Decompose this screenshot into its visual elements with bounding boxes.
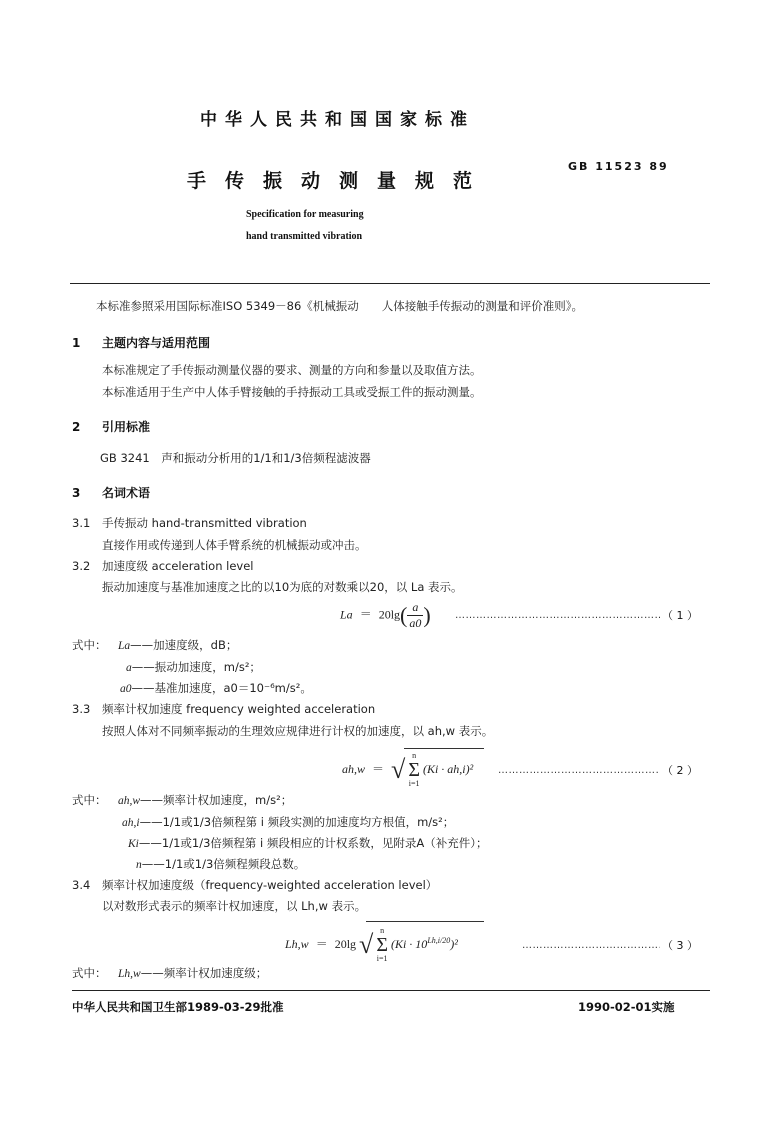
subsection-3-2-heading: 3.2加速度级 acceleration level — [72, 558, 254, 574]
variable-definition: Lh,w——频率计权加速度级； — [118, 965, 267, 981]
term: 手传振动 hand-transmitted vibration — [102, 516, 307, 530]
variable-description: 1/1或1/3倍频程第 i 频段实测的加速度均方根值，m/s²； — [163, 815, 455, 829]
formula-exponent: Lh,i/20 — [427, 936, 450, 945]
variable-definition: n——1/1或1/3倍频程频段总数。 — [136, 856, 305, 872]
header-divider — [70, 283, 710, 284]
variable-definition: a0——基准加速度，a0＝10⁻⁶m/s²。 — [120, 680, 312, 696]
equals-sign: ＝ — [316, 937, 328, 951]
equals-sign: ＝ — [372, 762, 384, 776]
leader-dots: …………………………………………………………………………………… — [498, 765, 660, 776]
formula-3: Lh,w ＝ 20lg √ n Σ i=1 (Ki · 10Lh,i/20)² — [285, 927, 458, 963]
dash: —— — [142, 857, 165, 871]
section-number: 1 — [72, 336, 102, 350]
equation-number-1: （ 1 ） — [662, 607, 698, 623]
formula-1: La ＝ 20lg(aa0) — [340, 600, 431, 631]
formula-lhs: La — [340, 607, 353, 621]
right-paren: ) — [423, 603, 430, 628]
section-title: 引用标准 — [102, 420, 150, 434]
english-title-line-1: Specification for measuring — [246, 209, 364, 220]
intro-paragraph: 本标准参照采用国际标准ISO 5349－86《机械振动 人体接触手传振动的测量和… — [96, 298, 583, 314]
leader-dots: …………………………………………………………………………………… — [455, 610, 660, 621]
variable-definition: ah,i——1/1或1/3倍频程第 i 频段实测的加速度均方根值，m/s²； — [122, 814, 454, 830]
sqrt-icon: √ — [391, 755, 405, 784]
formula-lhs: Lh,w — [285, 937, 309, 951]
section-1-para-1: 本标准规定了手传振动测量仪器的要求、测量的方向和参量以及取值方法。 — [102, 362, 482, 378]
variable-description: 加速度级，dB； — [153, 638, 237, 652]
formula-body: (Ki · 10 — [391, 937, 427, 951]
sqrt-bar — [404, 748, 484, 749]
dash: —— — [140, 815, 163, 829]
variable-symbol: La — [118, 640, 130, 652]
variable-description: 频率计权加速度，m/s²； — [163, 793, 292, 807]
dash: —— — [132, 681, 155, 695]
subsection-3-4-heading: 3.4频率计权加速度级（frequency-weighted accelerat… — [72, 877, 437, 893]
sigma-icon: Σ — [408, 759, 420, 781]
variable-symbol: Ki — [128, 838, 139, 850]
where-label: 式中： — [72, 792, 107, 808]
subsection-number: 3.2 — [72, 559, 102, 573]
subsection-3-3-heading: 3.3频率计权加速度 frequency weighted accelerati… — [72, 701, 375, 717]
subsection-3-3-definition: 按照人体对不同频率振动的生理效应规律进行计权的加速度，以 ah,w 表示。 — [102, 723, 493, 739]
subsection-3-2-definition: 振动加速度与基准加速度之比的以10为底的对数乘以20，以 La 表示。 — [102, 579, 463, 595]
dash: —— — [140, 793, 163, 807]
formula-2: ah,w ＝ √ n Σ i=1 (Ki · ah,i)² — [342, 752, 473, 788]
subsection-number: 3.4 — [72, 878, 102, 892]
summation: n Σ i=1 — [408, 752, 420, 788]
term: 频率计权加速度 frequency weighted acceleration — [102, 702, 375, 716]
sum-lower: i=1 — [376, 955, 388, 963]
sigma-icon: Σ — [376, 934, 388, 956]
dash: —— — [132, 660, 155, 674]
subsection-3-1-definition: 直接作用或传递到人体手臂系统的机械振动或冲击。 — [102, 537, 367, 553]
term: 频率计权加速度级（frequency-weighted acceleration… — [102, 878, 437, 892]
formula-tail: )² — [450, 937, 458, 951]
variable-description: 频率计权加速度级； — [164, 966, 268, 980]
formula-body: (Ki · ah,i)² — [423, 762, 473, 776]
formula-coefficient: 20lg — [379, 607, 400, 621]
effective-date: 1990-02-01实施 — [578, 999, 675, 1015]
subsection-number: 3.3 — [72, 702, 102, 716]
variable-symbol: Lh,w — [118, 968, 141, 980]
variable-description: 1/1或1/3倍频程频段总数。 — [165, 857, 306, 871]
english-title-line-2: hand transmitted vibration — [246, 231, 362, 242]
equation-number-2: （ 2 ） — [662, 762, 698, 778]
formula-lhs: ah,w — [342, 762, 365, 776]
section-2-heading: 2引用标准 — [72, 418, 150, 435]
section-1-heading: 1主题内容与适用范围 — [72, 334, 210, 351]
variable-definition: Ki——1/1或1/3倍频程第 i 频段相应的计权系数，见附录A（补充件）； — [128, 835, 488, 851]
variable-symbol: a0 — [120, 683, 132, 695]
subsection-3-4-definition: 以对数形式表示的频率计权加速度，以 Lh,w 表示。 — [102, 898, 366, 914]
equation-number-3: （ 3 ） — [662, 937, 698, 953]
subsection-3-1-heading: 3.1手传振动 hand-transmitted vibration — [72, 515, 307, 531]
sqrt-icon: √ — [359, 930, 373, 959]
standard-code: GB 11523 89 — [568, 160, 669, 173]
equals-sign: ＝ — [360, 607, 372, 621]
formula-coefficient: 20lg — [335, 937, 356, 951]
left-paren: ( — [400, 603, 407, 628]
variable-description: 基准加速度，a0＝10⁻⁶m/s²。 — [155, 681, 312, 695]
subsection-number: 3.1 — [72, 516, 102, 530]
dash: —— — [139, 836, 162, 850]
variable-definition: a——振动加速度，m/s²； — [126, 659, 261, 675]
summation: n Σ i=1 — [376, 927, 388, 963]
section-2-reference: GB 3241 声和振动分析用的1/1和1/3倍频程滤波器 — [100, 450, 371, 466]
dash: —— — [141, 966, 164, 980]
sqrt-bar — [366, 921, 484, 922]
section-3-heading: 3名词术语 — [72, 484, 150, 501]
sum-lower: i=1 — [408, 780, 420, 788]
variable-symbol: ah,w — [118, 795, 140, 807]
variable-definition: La——加速度级，dB； — [118, 637, 237, 653]
leader-dots: …………………………………………………………………………………… — [522, 940, 660, 951]
where-label: 式中： — [72, 965, 107, 981]
section-number: 2 — [72, 420, 102, 434]
national-standard-heading: 中华人民共和国国家标准 — [200, 105, 475, 130]
term: 加速度级 acceleration level — [102, 559, 254, 573]
numerator: a — [407, 600, 423, 616]
section-title: 名词术语 — [102, 486, 150, 500]
variable-definition: ah,w——频率计权加速度，m/s²； — [118, 792, 292, 808]
dash: —— — [130, 638, 153, 652]
denominator: a0 — [407, 616, 423, 631]
footer-divider — [72, 990, 710, 991]
variable-symbol: ah,i — [122, 817, 140, 829]
section-1-para-2: 本标准适用于生产中人体手臂接触的手持振动工具或受振工件的振动测量。 — [102, 384, 482, 400]
section-title: 主题内容与适用范围 — [102, 336, 210, 350]
approval-date: 中华人民共和国卫生部1989-03-29批准 — [72, 999, 284, 1015]
section-number: 3 — [72, 486, 102, 500]
document-title: 手传振动测量规范 — [187, 166, 491, 193]
variable-description: 振动加速度，m/s²； — [155, 660, 261, 674]
fraction: aa0 — [407, 600, 423, 631]
where-label: 式中： — [72, 637, 107, 653]
variable-description: 1/1或1/3倍频程第 i 频段相应的计权系数，见附录A（补充件）； — [162, 836, 488, 850]
